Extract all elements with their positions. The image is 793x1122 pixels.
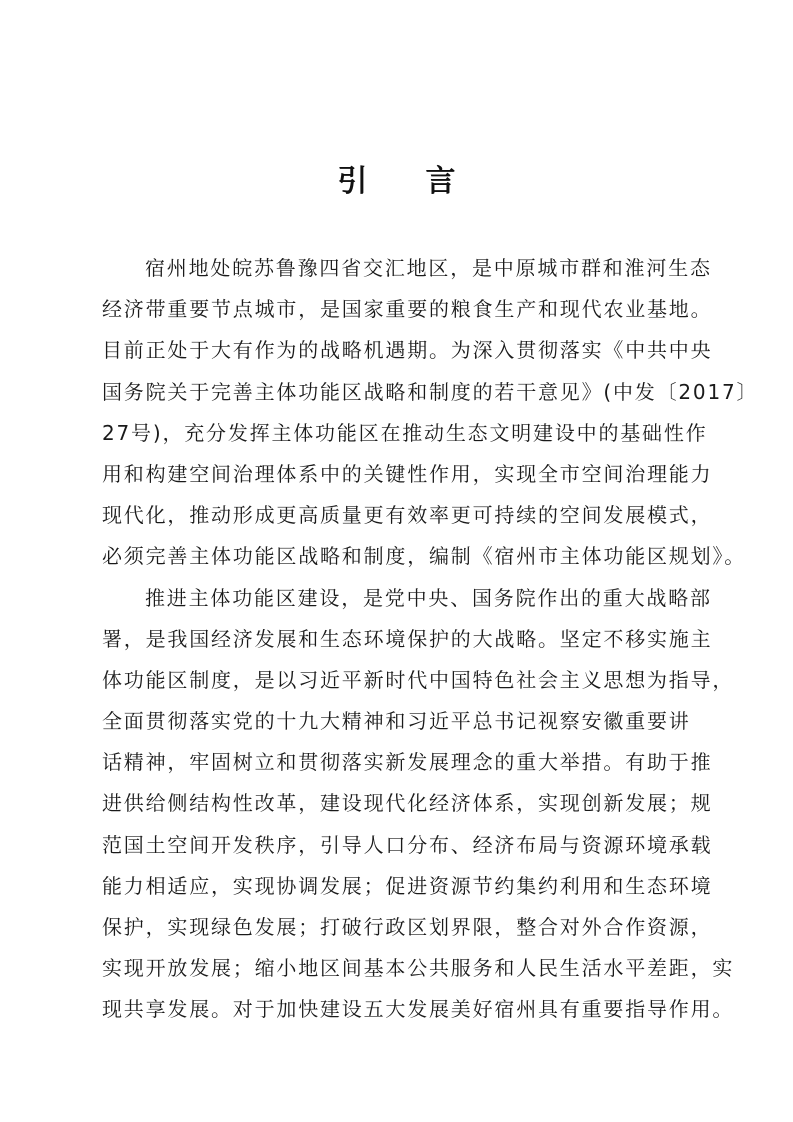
paragraph-1: 宿州地处皖苏鲁豫四省交汇地区，是中原城市群和淮河生态 经济带重要节点城市，是国家… bbox=[102, 248, 694, 578]
text-line: 目前正处于大有作为的战略机遇期。为深入贯彻落实《中共中央 bbox=[102, 330, 694, 371]
text-line: 进供给侧结构性改革，建设现代化经济体系，实现创新发展；规 bbox=[102, 783, 694, 824]
document-page: 引言 宿州地处皖苏鲁豫四省交汇地区，是中原城市群和淮河生态 经济带重要节点城市，… bbox=[0, 0, 793, 1122]
title-char-2: 言 bbox=[426, 162, 456, 202]
title-char-1: 引 bbox=[338, 162, 368, 202]
text-line: 话精神，牢固树立和贯彻落实新发展理念的重大举措。有助于推 bbox=[102, 742, 694, 783]
text-line: 经济带重要节点城市，是国家重要的粮食生产和现代农业基地。 bbox=[102, 289, 694, 330]
page-title: 引言 bbox=[0, 162, 793, 202]
paragraph-2: 推进主体功能区建设，是党中央、国务院作出的重大战略部 署，是我国经济发展和生态环… bbox=[102, 578, 694, 1031]
text-line: 署，是我国经济发展和生态环境保护的大战略。坚定不移实施主 bbox=[102, 619, 694, 660]
text-line: 体功能区制度，是以习近平新时代中国特色社会主义思想为指导， bbox=[102, 660, 694, 701]
text-line: 27号)，充分发挥主体功能区在推动生态文明建设中的基础性作 bbox=[102, 413, 694, 454]
text-line: 保护，实现绿色发展；打破行政区划界限，整合对外合作资源， bbox=[102, 907, 694, 948]
text-line: 推进主体功能区建设，是党中央、国务院作出的重大战略部 bbox=[102, 578, 694, 619]
text-line: 现共享发展。对于加快建设五大发展美好宿州具有重要指导作用。 bbox=[102, 989, 694, 1030]
text-line: 实现开放发展；缩小地区间基本公共服务和人民生活水平差距，实 bbox=[102, 948, 694, 989]
text-line: 范国土空间开发秩序，引导人口分布、经济布局与资源环境承载 bbox=[102, 825, 694, 866]
text-line: 用和构建空间治理体系中的关键性作用，实现全市空间治理能力 bbox=[102, 454, 694, 495]
text-line: 国务院关于完善主体功能区战略和制度的若干意见》(中发〔2017〕 bbox=[102, 372, 694, 413]
text-line: 现代化，推动形成更高质量更有效率更可持续的空间发展模式， bbox=[102, 495, 694, 536]
text-line: 全面贯彻落实党的十九大精神和习近平总书记视察安徽重要讲 bbox=[102, 701, 694, 742]
text-line: 必须完善主体功能区战略和制度，编制《宿州市主体功能区规划》。 bbox=[102, 536, 694, 577]
text-line: 能力相适应，实现协调发展；促进资源节约集约利用和生态环境 bbox=[102, 866, 694, 907]
document-body: 宿州地处皖苏鲁豫四省交汇地区，是中原城市群和淮河生态 经济带重要节点城市，是国家… bbox=[102, 248, 694, 1031]
text-line: 宿州地处皖苏鲁豫四省交汇地区，是中原城市群和淮河生态 bbox=[102, 248, 694, 289]
